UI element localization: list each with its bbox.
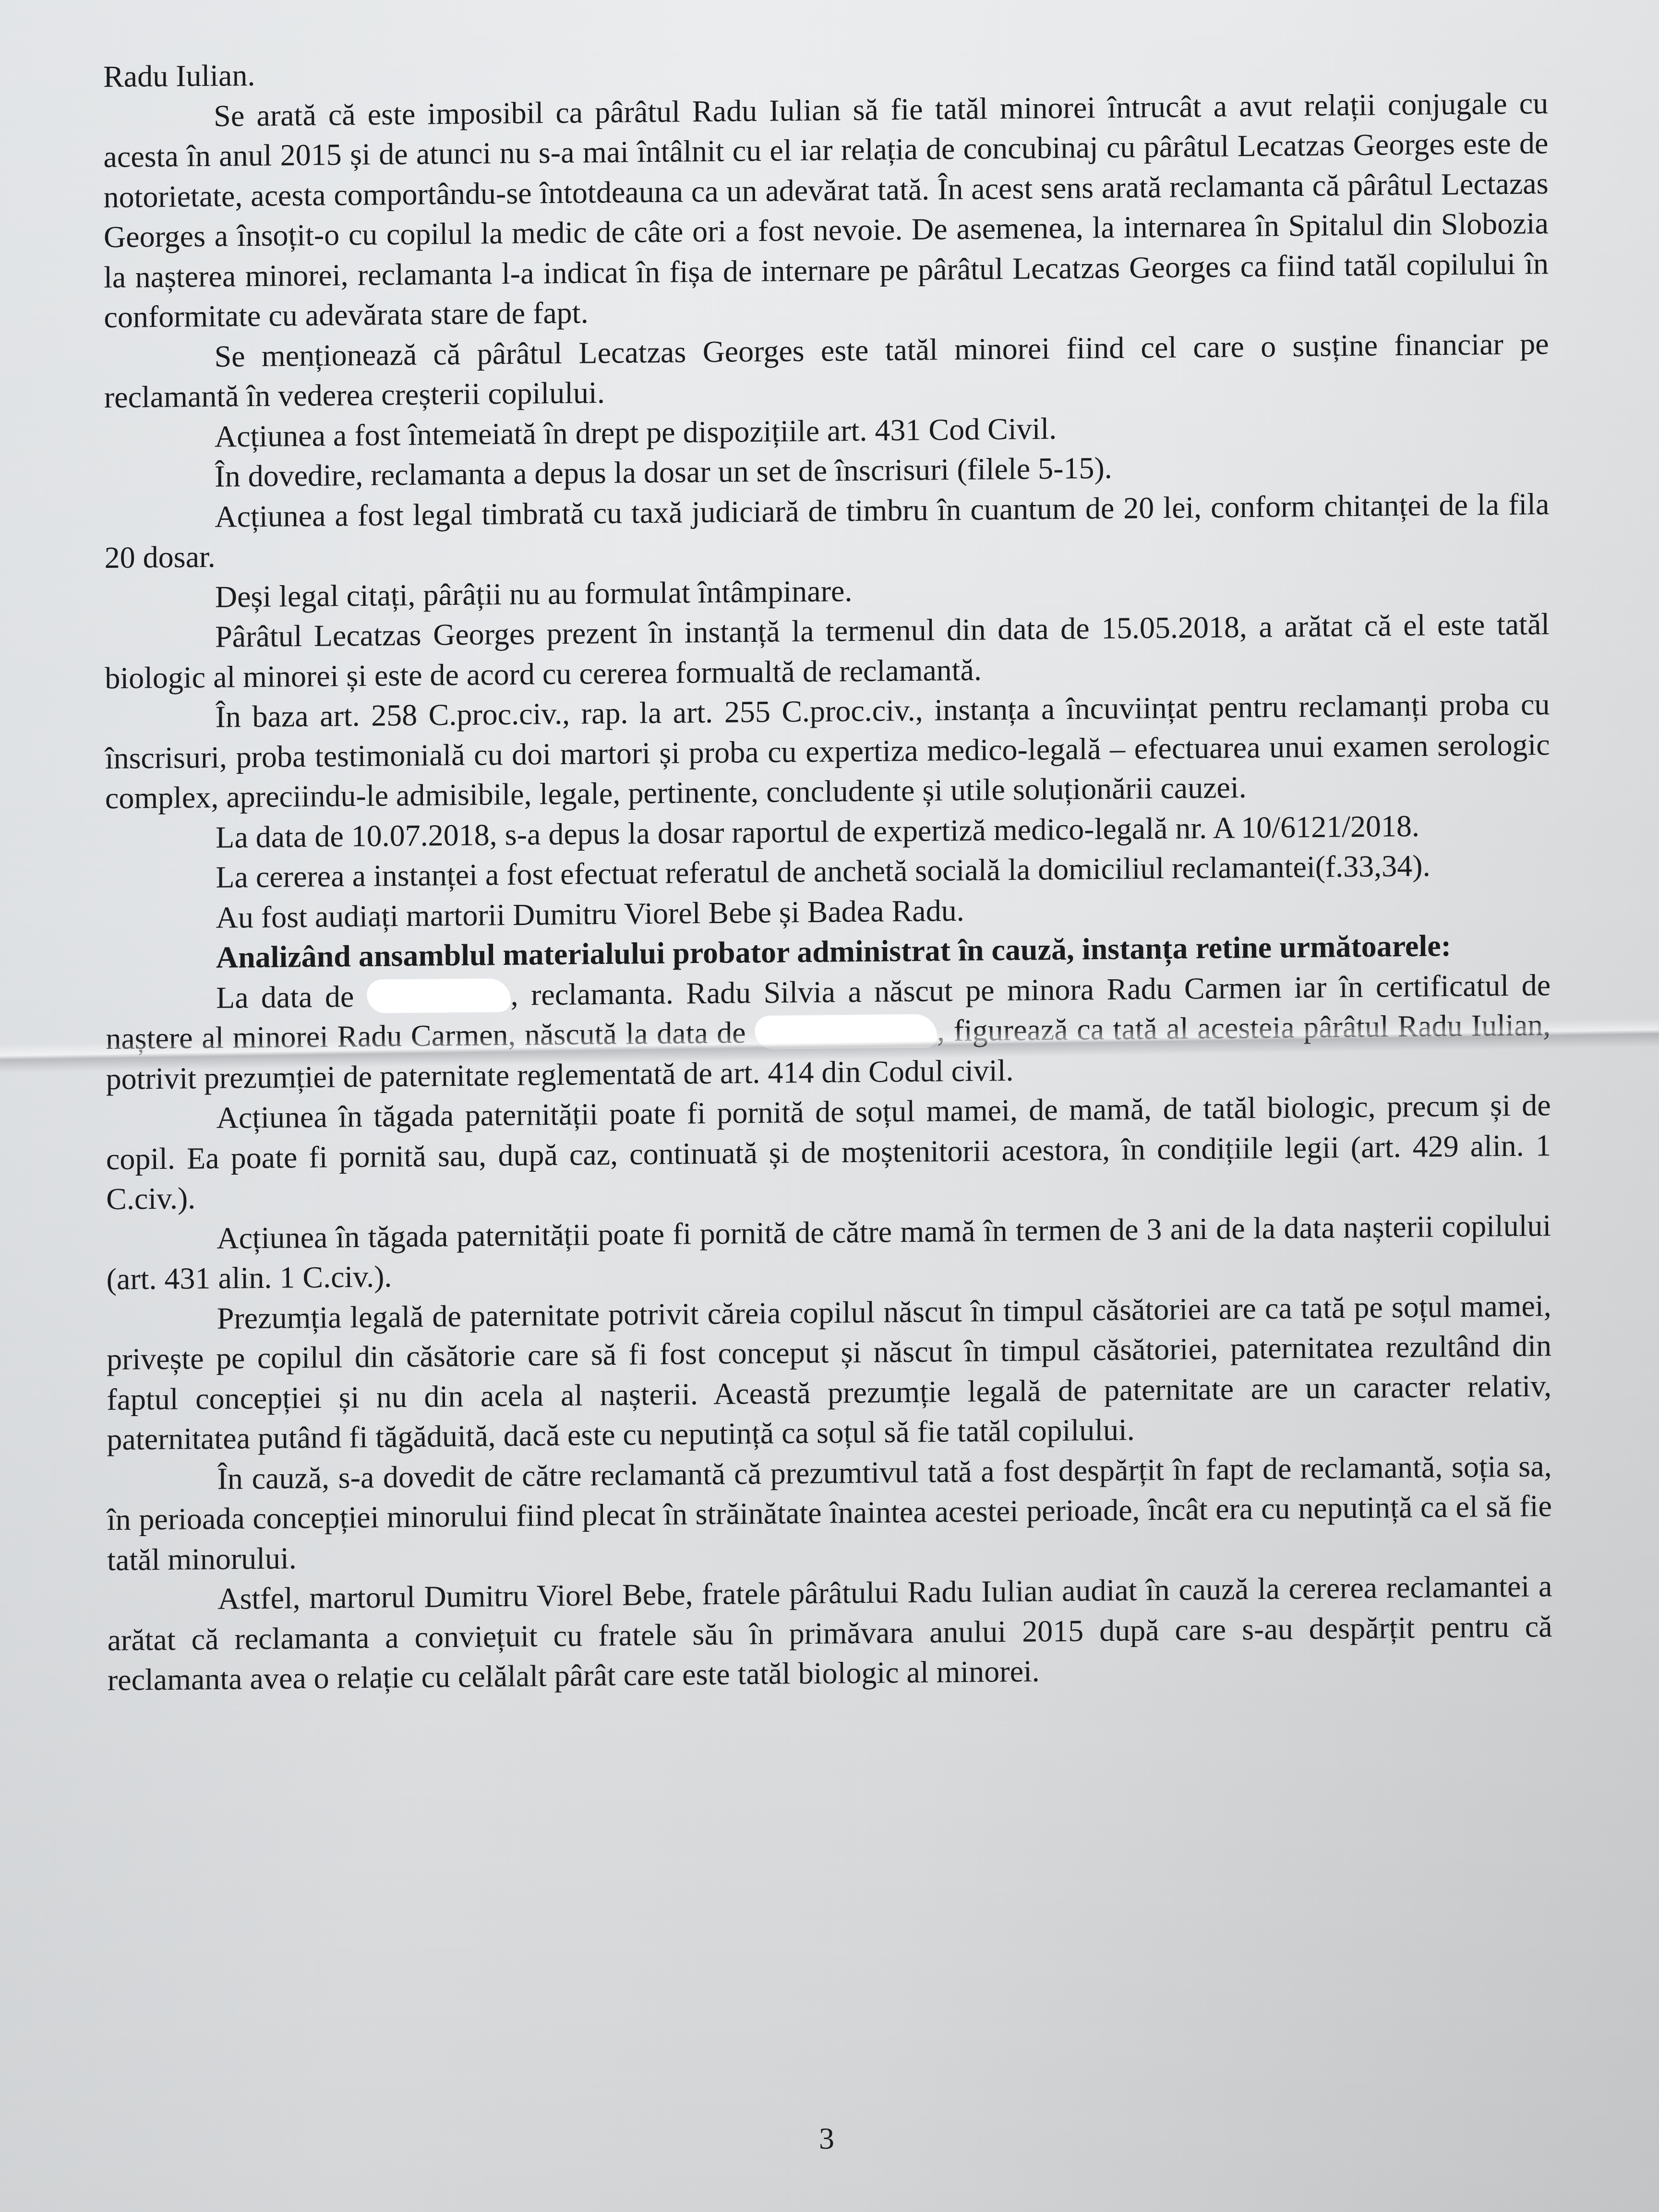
paragraph-financial-support: Se menționează că pârâtul Lecatzas Georg… [104, 324, 1549, 418]
paragraph-time-limit: Acțiunea în tăgada paternității poate fi… [106, 1205, 1551, 1299]
redacted-date [367, 978, 511, 1013]
document-page: Radu Iulian. Se arată că este imposibil … [103, 43, 1552, 1700]
paragraph-defendant-statement: Pârâtul Lecatzas Georges prezent în inst… [105, 604, 1550, 698]
paragraph-who-may-contest: Acțiunea în tăgada paternității poate fi… [106, 1085, 1551, 1219]
birth-record-text-1: La data de [216, 979, 367, 1014]
redacted-birth-date [755, 1014, 937, 1049]
paragraph-witness-testimony: Astfel, martorul Dumitru Viorel Bebe, fr… [107, 1566, 1552, 1700]
paragraph-presumption: Prezumția legală de paternitate potrivit… [107, 1286, 1552, 1460]
paragraph-birth-record: La data de , reclamanta. Radu Silvia a n… [106, 965, 1551, 1099]
paragraph-claim-impossibility: Se arată că este imposibil ca pârâtul Ra… [103, 83, 1549, 337]
paragraph-stamp-fee: Acțiunea a fost legal timbrată cu taxă j… [104, 484, 1549, 578]
paragraph-evidence-admitted: În baza art. 258 C.proc.civ., rap. la ar… [105, 684, 1550, 818]
page-number: 3 [819, 2121, 834, 2156]
paragraph-separation-proven: În cauză, s-a dovedit de către reclamant… [107, 1446, 1552, 1580]
